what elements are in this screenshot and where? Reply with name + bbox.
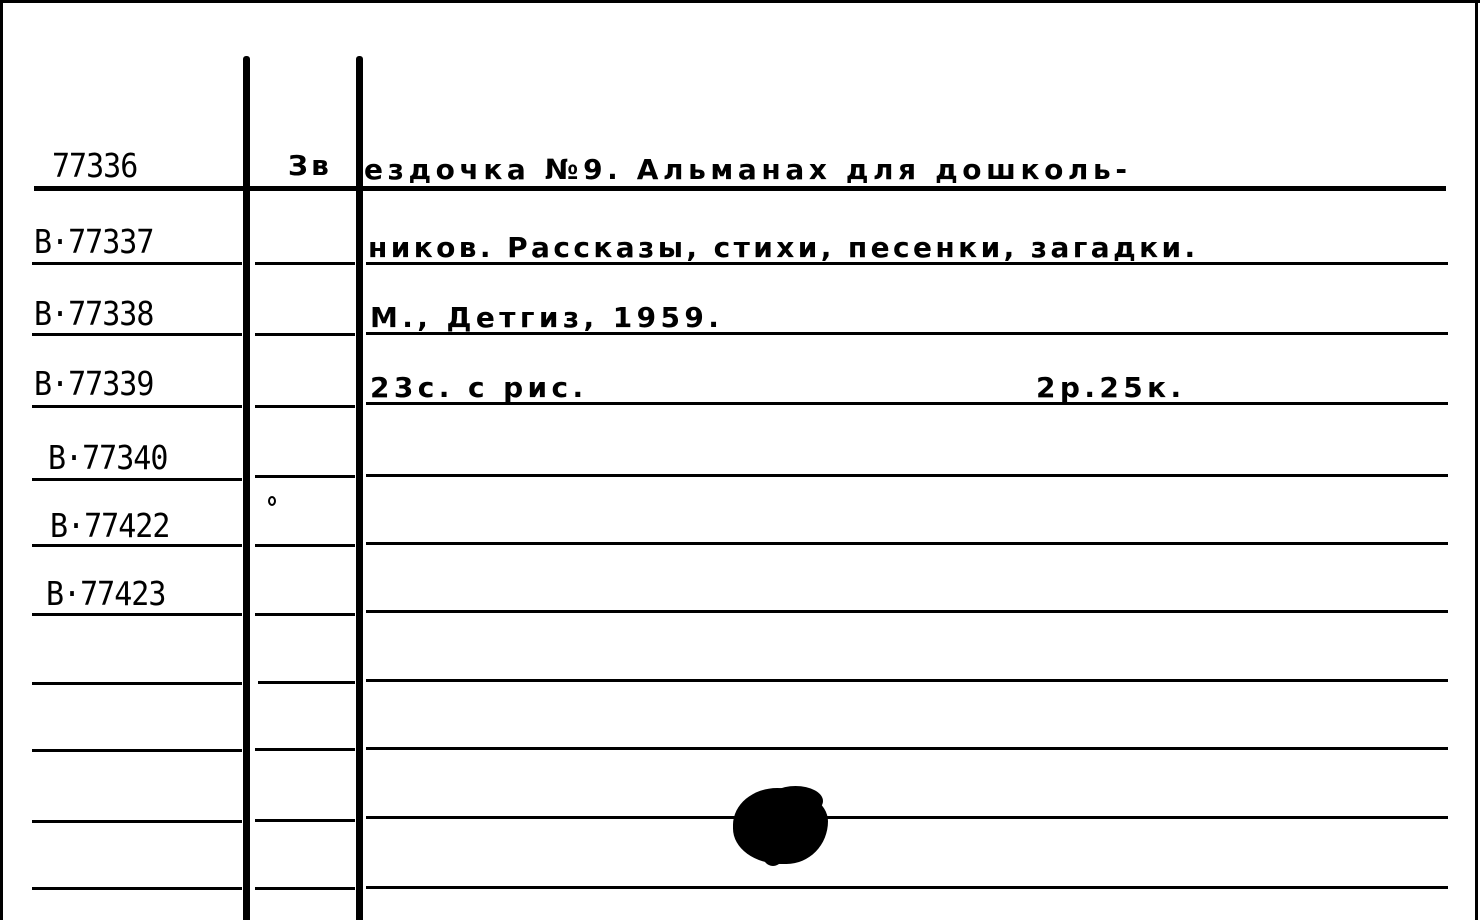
card-top-edge xyxy=(0,0,1480,3)
ruled-line xyxy=(255,475,355,478)
description-line: ников. Рассказы, стихи, песенки, загадки… xyxy=(368,234,1199,262)
ruled-line xyxy=(366,747,1448,750)
ruled-line xyxy=(366,542,1448,545)
inventory-number: В·77339 xyxy=(34,369,153,402)
ruled-line xyxy=(32,749,242,752)
ruled-line xyxy=(255,819,355,822)
ink-blot-icon xyxy=(762,840,784,866)
inventory-number: 77336 xyxy=(52,151,137,184)
ruled-line xyxy=(32,405,242,408)
inventory-number: В·77423 xyxy=(46,579,165,612)
ruled-line xyxy=(255,748,355,751)
imprint-line: М., Детгиз, 1959. xyxy=(370,304,723,332)
ruled-line xyxy=(366,816,1448,819)
inventory-number: В·77340 xyxy=(48,443,167,476)
card-right-edge xyxy=(1475,0,1478,920)
price: 2р.25к. xyxy=(1036,374,1186,402)
ruled-line xyxy=(366,474,1448,477)
ruled-line xyxy=(258,681,355,684)
inventory-number: В·77338 xyxy=(34,299,153,332)
ruled-line xyxy=(32,682,242,685)
ruled-line xyxy=(32,262,242,265)
ruled-line xyxy=(366,679,1448,682)
ruled-line xyxy=(255,262,355,265)
ruled-line xyxy=(32,887,242,890)
title-underline xyxy=(34,186,1446,191)
inventory-number: В·77422 xyxy=(50,511,169,544)
title-prefix: Зв xyxy=(288,152,332,180)
ruled-line xyxy=(255,613,355,616)
card-left-edge xyxy=(0,0,3,920)
catalog-card: 77336 В·77337 В·77338 В·77339 В·77340 В·… xyxy=(0,0,1480,920)
title-line: ездочка №9. Альманах для дошколь- xyxy=(364,156,1132,184)
ruled-line xyxy=(255,405,355,408)
ruled-line xyxy=(32,478,242,481)
collation-line: 23с. с рис. xyxy=(370,374,588,402)
ruled-line xyxy=(366,886,1448,889)
ruled-line xyxy=(32,820,242,823)
ruled-line xyxy=(255,544,355,547)
ruled-line xyxy=(255,887,355,890)
small-ink-mark-icon xyxy=(268,496,276,506)
inventory-number: В·77337 xyxy=(34,227,153,260)
ruled-line xyxy=(255,333,355,336)
ink-blot-icon xyxy=(768,786,823,816)
ruled-line xyxy=(366,610,1448,613)
